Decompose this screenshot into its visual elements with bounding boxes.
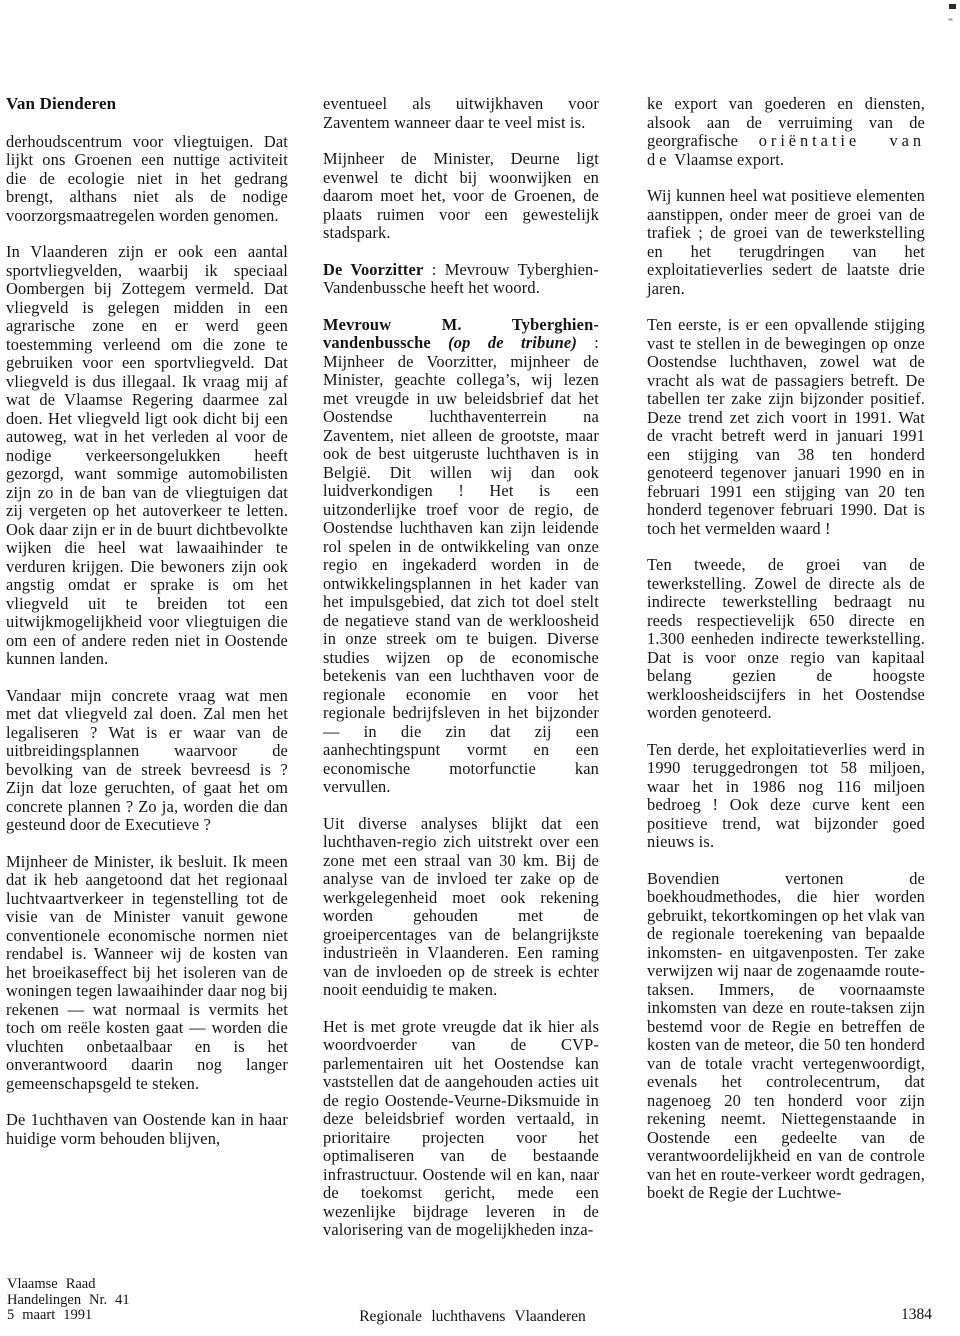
paragraph: De Voorzitter : Mevrouw Tyberghien-Vande…: [323, 261, 599, 298]
footer-line: 5 maart 1991: [7, 1308, 130, 1324]
text-run: De Voorzitter: [323, 260, 423, 279]
footer-line: Handelingen Nr. 41: [7, 1293, 130, 1309]
text-run: eventueel als uitwijkhaven voor Zaventem…: [323, 94, 599, 132]
paragraph: ke export van goederen en diensten, also…: [647, 95, 925, 169]
paragraph: Ten tweede, de groei van de tewerkstelli…: [647, 556, 925, 723]
text-run: Ten derde, het exploitatieverlies werd i…: [647, 740, 925, 852]
text-run: Mijnheer de Minister, ik besluit. Ik mee…: [6, 852, 288, 1093]
footer-running-title: Regionale luchthavens Vlaanderen: [330, 1308, 615, 1326]
text-run: : Mijnheer de Voorzitter, mijnheer de Mi…: [323, 333, 599, 796]
paragraph: Ten derde, het exploitatieverlies werd i…: [647, 741, 925, 852]
text-column-left: Van Dienderenderhoudscentrum voor vliegt…: [6, 95, 288, 1148]
paragraph: Mevrouw M. Tyberghien-vandenbussche (op …: [323, 316, 599, 797]
paragraph: Ten eerste, is er een opvallende stijgin…: [647, 316, 925, 538]
paragraph: Mijnheer de Minister, ik besluit. Ik mee…: [6, 853, 288, 1094]
paragraph: Mijnheer de Minister, Deurne ligt evenwe…: [323, 150, 599, 243]
document-page: Van Dienderenderhoudscentrum voor vliegt…: [0, 0, 960, 1336]
paragraph: derhoudscentrum voor vliegtuigen. Dat li…: [6, 133, 288, 226]
paragraph: Vandaar mijn concrete vraag wat men met …: [6, 687, 288, 835]
speaker-heading: Van Dienderen: [6, 95, 288, 114]
text-run: (op de tribune): [448, 333, 577, 352]
paragraph: Bovendien vertonen de boekhoudmethodes, …: [647, 870, 925, 1203]
paragraph: eventueel als uitwijkhaven voor Zaventem…: [323, 95, 599, 132]
page-number: 1384: [901, 1306, 932, 1324]
text-run: Van Dienderen: [6, 94, 116, 113]
text-run: Ten eerste, is er een opvallende stijgin…: [647, 315, 925, 538]
paragraph: In Vlaanderen zijn er ook een aantal spo…: [6, 243, 288, 669]
paragraph: De 1uchthaven van Oostende kan in haar h…: [6, 1111, 288, 1148]
text-run: Het is met grote vreugde dat ik hier als…: [323, 1017, 599, 1240]
paragraph: Het is met grote vreugde dat ik hier als…: [323, 1018, 599, 1240]
text-column-right: ke export van goederen en diensten, also…: [647, 95, 925, 1203]
print-speck: [949, 4, 956, 9]
text-run: derhoudscentrum voor vliegtuigen. Dat li…: [6, 132, 288, 225]
footer-publication-info: Vlaamse Raad Handelingen Nr. 41 5 maart …: [7, 1277, 130, 1324]
text-run: Bovendien vertonen de boekhoudmethodes, …: [647, 869, 925, 1203]
footer-line: Vlaamse Raad: [7, 1277, 130, 1293]
text-run: Vandaar mijn concrete vraag wat men met …: [6, 686, 288, 835]
text-run: Ten tweede, de groei van de tewerkstelli…: [647, 555, 925, 722]
text-run: In Vlaanderen zijn er ook een aantal spo…: [6, 242, 288, 668]
text-run: Uit diverse analyses blijkt dat een luch…: [323, 814, 599, 1000]
text-run: Mijnheer de Minister, Deurne ligt evenwe…: [323, 149, 599, 242]
text-run: Wij kunnen heel wat positieve elementen …: [647, 186, 925, 298]
paragraph: Wij kunnen heel wat positieve elementen …: [647, 187, 925, 298]
text-run: De 1uchthaven van Oostende kan in haar h…: [6, 1110, 288, 1148]
text-run: Vlaamse export.: [670, 150, 784, 169]
paragraph: Uit diverse analyses blijkt dat een luch…: [323, 815, 599, 1000]
text-column-middle: eventueel als uitwijkhaven voor Zaventem…: [323, 95, 599, 1240]
